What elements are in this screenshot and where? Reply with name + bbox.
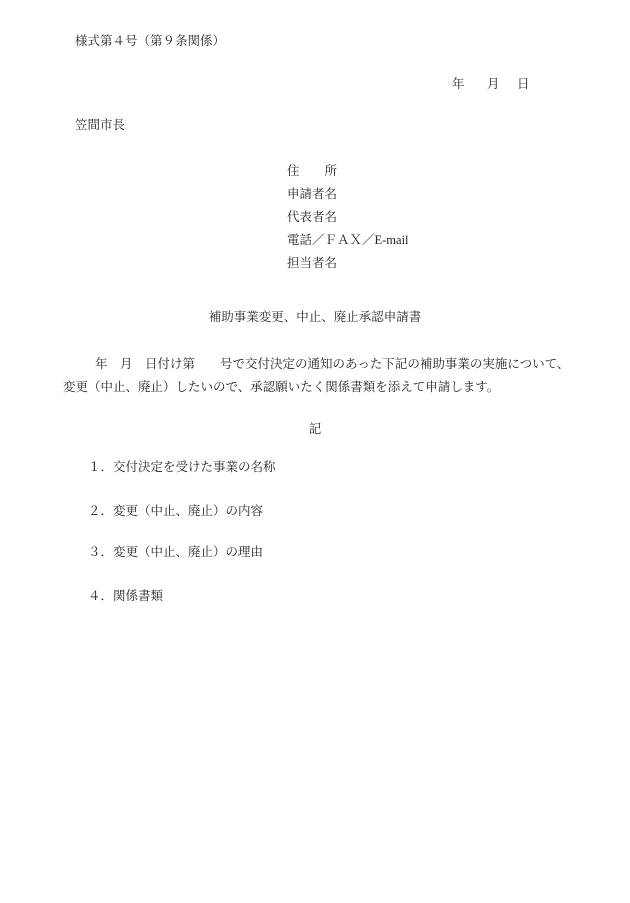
list-item: ３．変更（中止、廃止）の理由 [88, 544, 263, 560]
address-label: 住 所 [287, 163, 337, 179]
body-line-1: 年 月 日付け第 号で交付決定の通知のあった下記の補助事業の実施について、 [63, 356, 569, 372]
contact-label: 電話／ＦＡＸ／E-mail [287, 232, 409, 248]
list-item: ２．変更（中止、廃止）の内容 [88, 503, 263, 519]
document-title: 補助事業変更、中止、廃止承認申請書 [0, 309, 630, 325]
representative-name-label: 代表者名 [287, 209, 337, 225]
date-month-label: 月 [487, 76, 500, 92]
list-item: ４．関係書類 [88, 588, 163, 604]
applicant-name-label: 申請者名 [287, 186, 337, 202]
body-line-2: 変更（中止、廃止）したいので、承認願いたく関係書類を添えて申請します。 [63, 379, 499, 395]
list-header: 記 [0, 421, 630, 437]
list-item: １．交付決定を受けた事業の名称 [88, 459, 276, 475]
date-year-label: 年 [452, 76, 465, 92]
form-number: 様式第４号（第９条関係） [75, 33, 225, 49]
date-day-label: 日 [517, 76, 530, 92]
person-in-charge-label: 担当者名 [287, 255, 337, 271]
addressee: 笠間市長 [75, 117, 125, 133]
document-page: 様式第４号（第９条関係） 年 月 日 笠間市長 住 所 申請者名 代表者名 電話… [0, 0, 630, 903]
